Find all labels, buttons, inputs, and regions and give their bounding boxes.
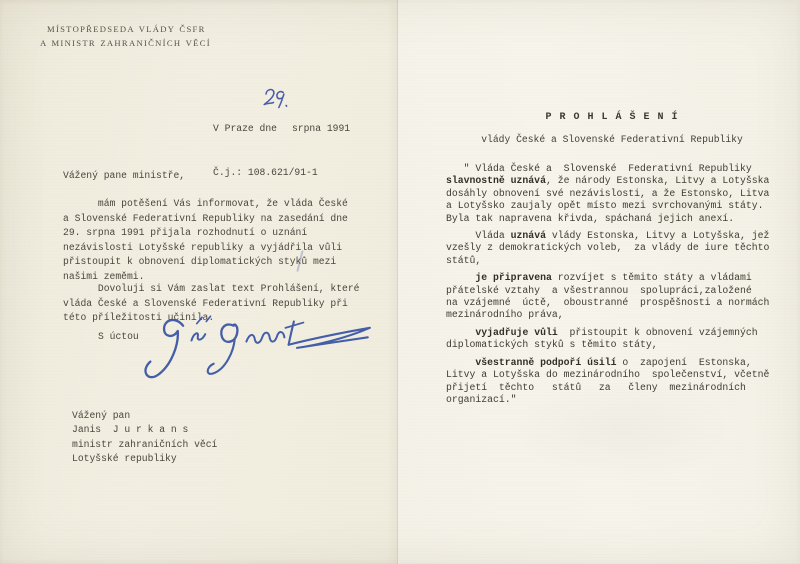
typed-line: Byla tak napravena křivda, spáchaná jeji… (446, 213, 778, 225)
typed-line: je připravena rozvíjet s těmito státy a … (446, 272, 778, 284)
typed-line: mám potěšení Vás informovat, že vláda Če… (63, 197, 348, 212)
date-block: V Praze dnesrpna 1991 Č.j.: 108.621/91-1 (213, 93, 350, 209)
typed-line: všestranně podpoří úsilí o zapojení Esto… (446, 357, 778, 369)
typed-line: Janis J u r k a n s (72, 423, 217, 437)
typed-line: slavnostně uznává, že národy Estonska, L… (446, 175, 778, 187)
typed-line: " Vláda České a Slovenské Federativní Re… (446, 163, 778, 175)
typed-line: této příležitosti učinila. (63, 311, 360, 326)
typed-line: vyjadřuje vůli přistoupit k obnovení vzá… (446, 327, 778, 339)
typed-line: států, (446, 255, 778, 267)
typed-line: a Lotyšsko zaujaly opět místo mezi svrch… (446, 200, 778, 212)
recipient-address-block: Vážený panJanis J u r k a n sministr zah… (72, 409, 217, 467)
date-suffix: srpna 1991 (292, 122, 350, 137)
declaration-paragraph: všestranně podpoří úsilí o zapojení Esto… (446, 357, 778, 407)
typed-line: 29. srpna 1991 přijala rozhodnutí o uzná… (63, 226, 348, 241)
typed-line: Vážený pan (72, 409, 217, 423)
typed-line: vláda České a Slovenské Federativní Repu… (63, 297, 360, 312)
typed-line: na vzájemné úctě, oboustranné prospěšnos… (446, 297, 778, 309)
reference-number: Č.j.: 108.621/91-1 (213, 166, 350, 181)
letter-paragraph-1: mám potěšení Vás informovat, že vláda Če… (63, 197, 348, 284)
declaration-paragraph: vyjadřuje vůli přistoupit k obnovení vzá… (446, 327, 778, 352)
declaration-body: " Vláda České a Slovenské Federativní Re… (446, 163, 778, 411)
scanned-document: MÍSTOPŘEDSEDA VLÁDY ČSFR A MINISTR ZAHRA… (0, 0, 800, 564)
date-prefix: V Praze dne (213, 122, 277, 137)
declaration-paragraph: " Vláda České a Slovenské Federativní Re… (446, 163, 778, 225)
typed-line: dosáhly obnovení své nezávislosti, a že … (446, 188, 778, 200)
declaration-title: P R O H L Á Š E N Í (446, 112, 778, 123)
typed-line: ministr zahraničních věcí (72, 438, 217, 452)
salutation: Vážený pane ministře, (63, 169, 185, 184)
declaration-subtitle: vlády České a Slovenské Federativní Repu… (446, 134, 778, 145)
typed-line: diplomatických styků s těmito státy, (446, 339, 778, 351)
typed-line: přistoupit k obnovení diplomatických sty… (63, 255, 348, 270)
letterhead-line-1: MÍSTOPŘEDSEDA VLÁDY ČSFR (47, 24, 206, 34)
closing: S úctou (98, 330, 139, 345)
letterhead-line-2: A MINISTR ZAHRANIČNÍCH VĚCÍ (40, 38, 211, 48)
typed-line: přátelské vztahy a všestrannou spoluprác… (446, 285, 778, 297)
declaration-paragraph: je připravena rozvíjet s těmito státy a … (446, 272, 778, 322)
letter-page: MÍSTOPŘEDSEDA VLÁDY ČSFR A MINISTR ZAHRA… (0, 0, 397, 564)
typed-line: Litvy a Lotyšska do mezinárodního společ… (446, 369, 778, 381)
declaration-paragraph: Vláda uznává vlády Estonska, Litvy a Lot… (446, 230, 778, 267)
typed-line: Lotyšské republiky (72, 452, 217, 466)
typed-line: vzešly z demokratických voleb, za vlády … (446, 242, 778, 254)
typed-line: a Slovenské Federativní Republiky na zas… (63, 212, 348, 227)
typed-line: Dovoluji si Vám zaslat text Prohlášení, … (63, 282, 360, 297)
date-line: V Praze dnesrpna 1991 (213, 122, 350, 137)
declaration-page: P R O H L Á Š E N Í vlády České a Sloven… (397, 0, 800, 564)
typed-line: nezávislosti Lotyšské republiky a vyjádř… (63, 241, 348, 256)
typed-line: mezinárodního práva, (446, 309, 778, 321)
typed-line: přijetí těchto států za členy mezinárodn… (446, 382, 778, 394)
typed-line: Vláda uznává vlády Estonska, Litvy a Lot… (446, 230, 778, 242)
typed-line: organizací." (446, 394, 778, 406)
